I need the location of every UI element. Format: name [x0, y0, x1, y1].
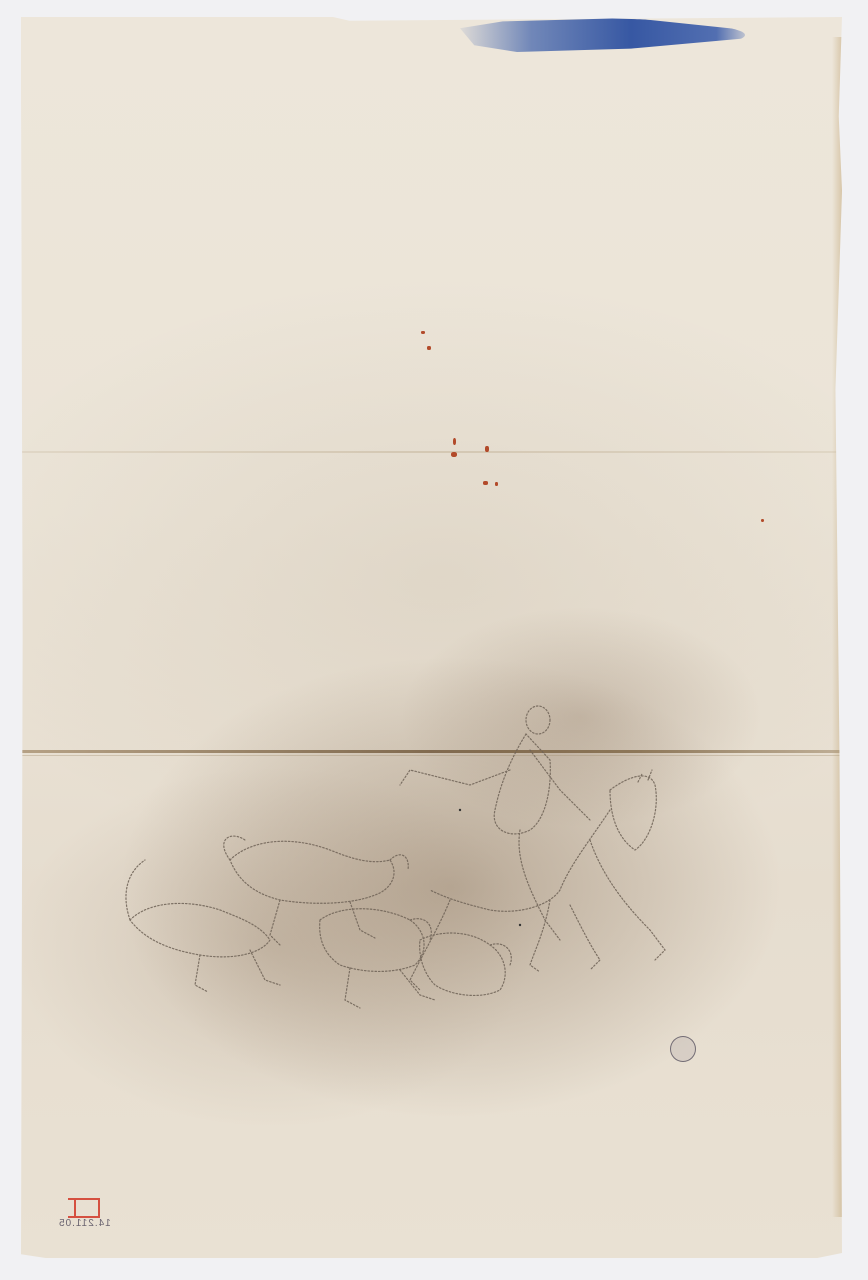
edge-stain	[832, 37, 842, 1217]
red-speck	[421, 331, 425, 334]
inventory-number: 14.211.05	[58, 1218, 111, 1229]
paper-sheet	[21, 17, 842, 1258]
pricked-hunt-drawing	[90, 690, 690, 1030]
red-speck	[451, 452, 457, 457]
red-speck	[495, 482, 498, 486]
red-speck	[453, 438, 456, 445]
red-speck	[427, 346, 431, 350]
fold-line-upper	[21, 451, 842, 453]
collection-stamp	[670, 1036, 696, 1062]
red-speck	[485, 446, 489, 452]
red-speck	[761, 519, 764, 522]
red-inventory-mark	[68, 1198, 100, 1218]
red-speck	[483, 481, 488, 485]
